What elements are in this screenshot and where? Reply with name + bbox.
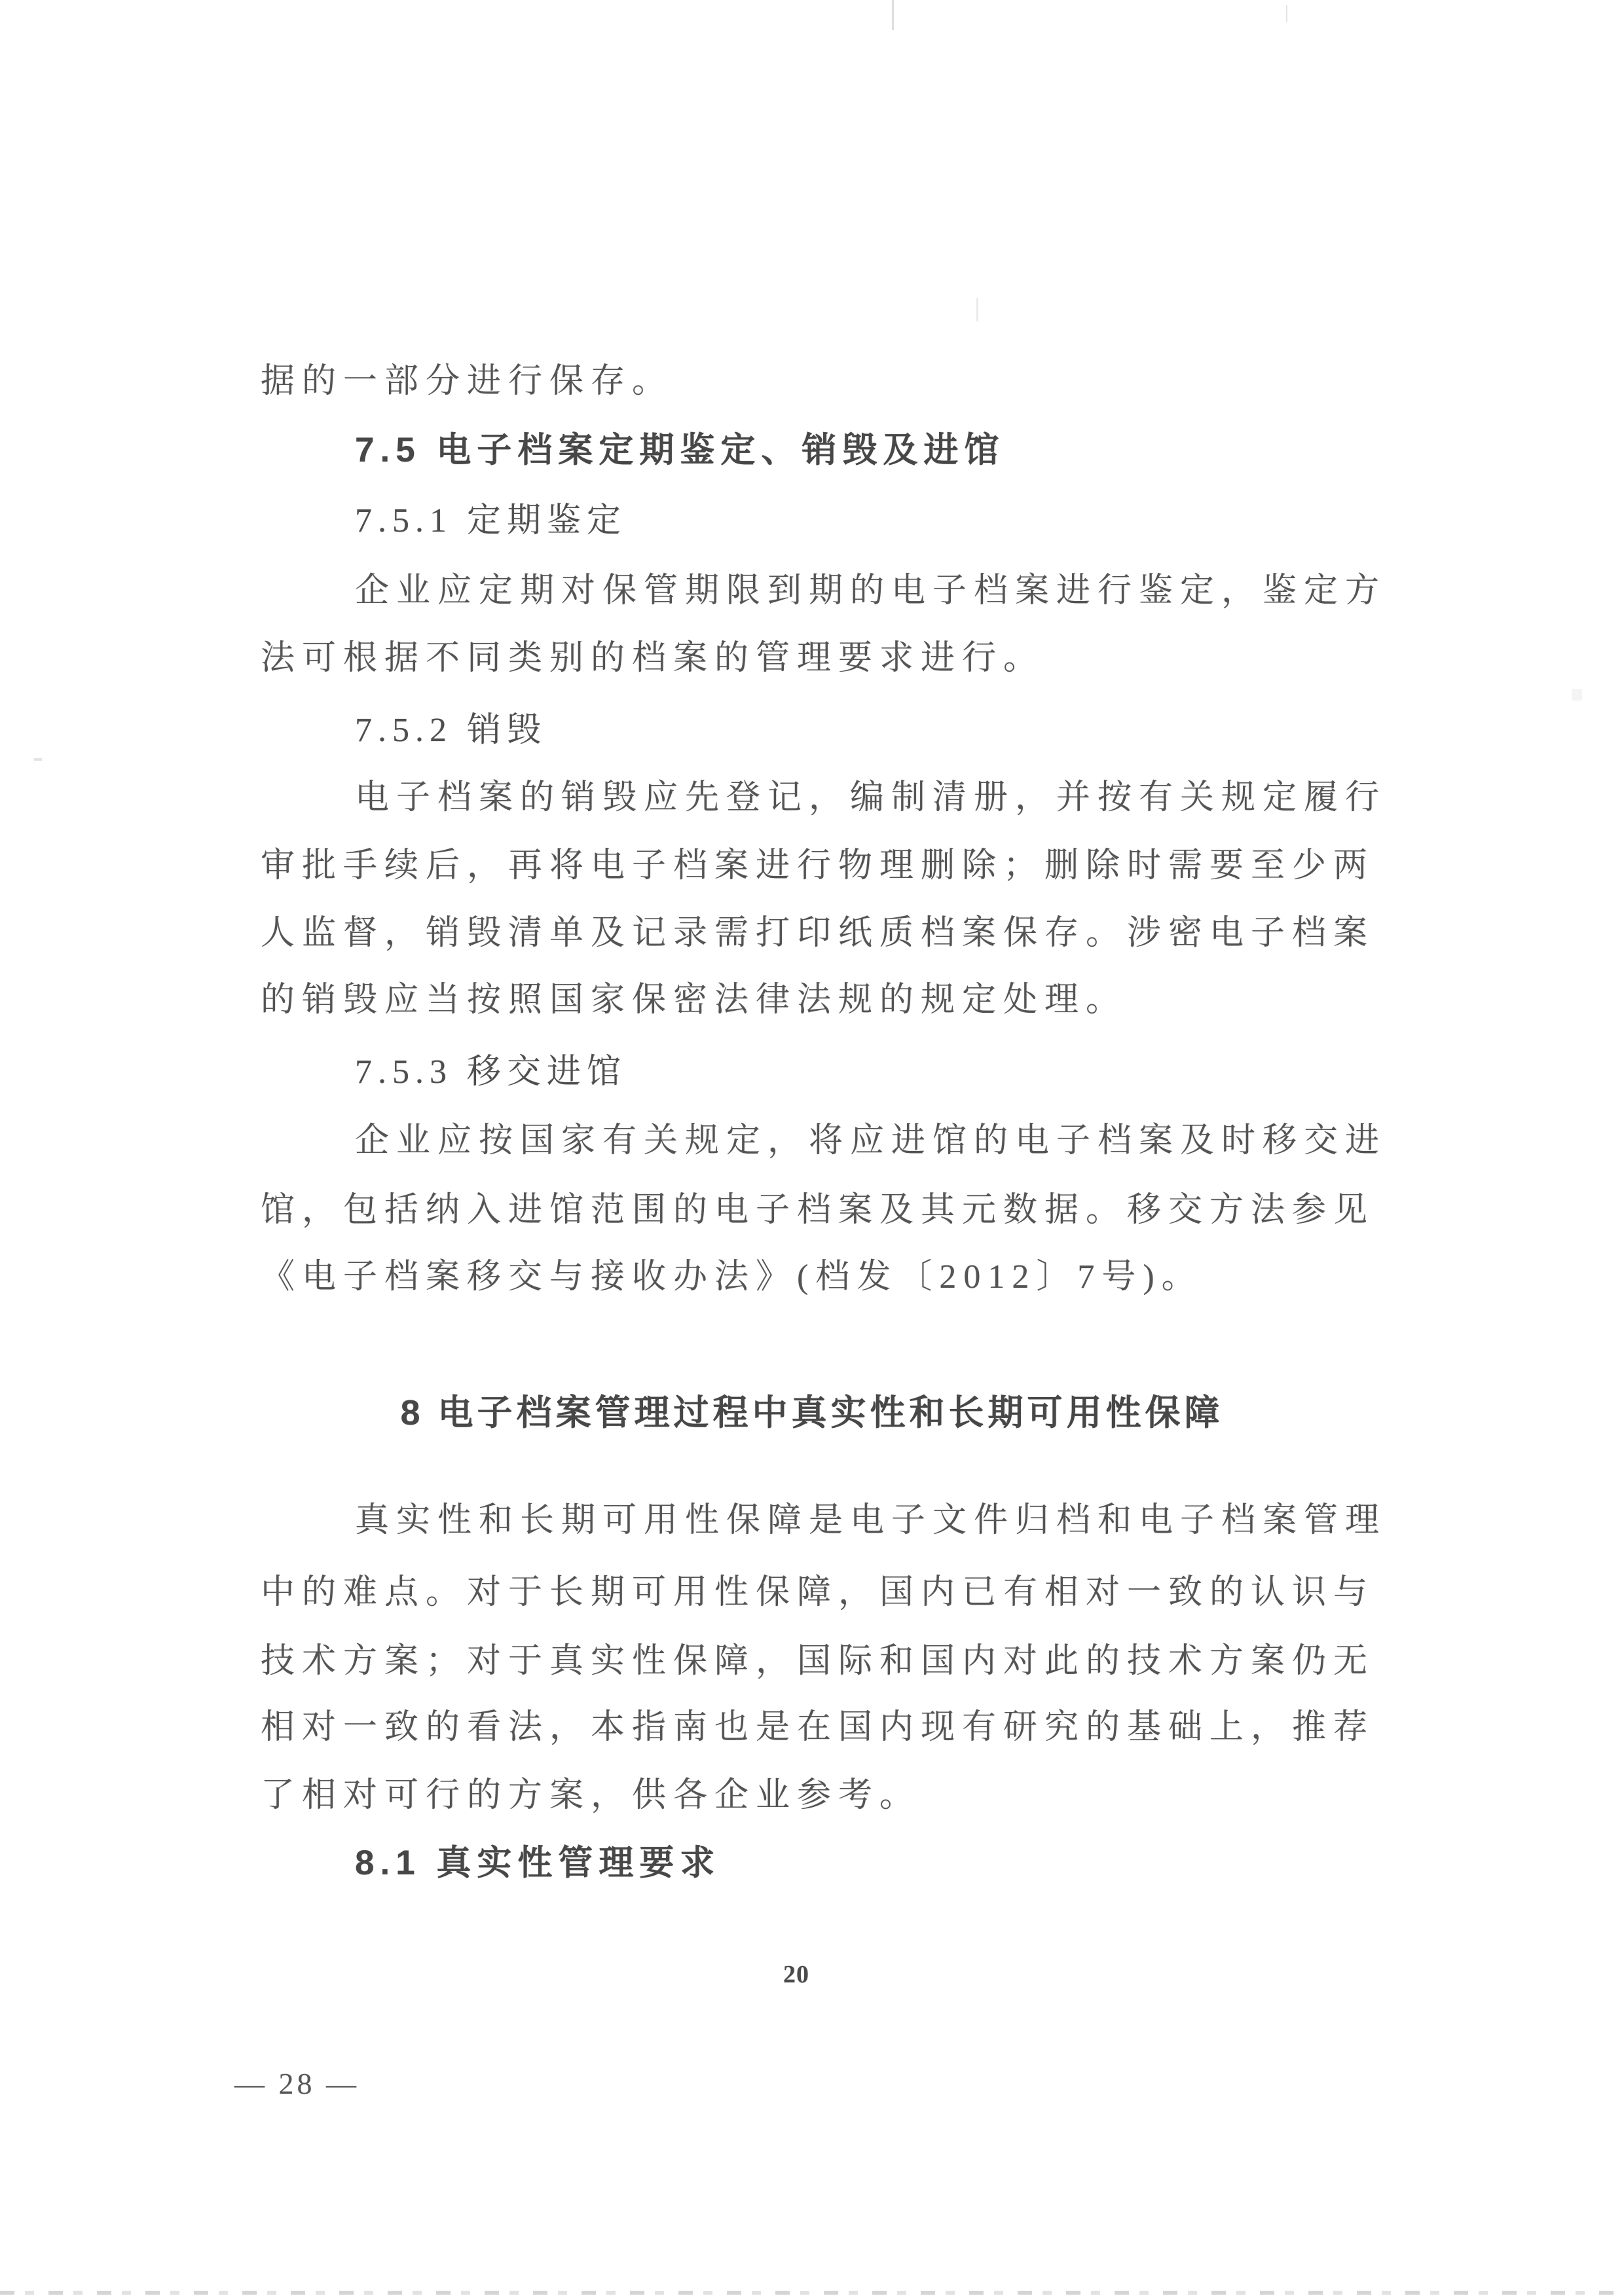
scan-artifact — [34, 758, 42, 761]
inner-page-number: 20 — [783, 1960, 809, 1989]
body-line: 相对一致的看法，本指南也是在国内现有研究的基础上，推荐 — [261, 1709, 1375, 1746]
body-line: 据的一部分进行保存。 — [261, 363, 673, 400]
body-line: 中的难点。对于长期可用性保障，国内已有相对一致的认识与 — [261, 1575, 1375, 1611]
body-line: 企业应定期对保管期限到期的电子档案进行鉴定，鉴定方 — [355, 573, 1386, 610]
body-line: 人监督，销毁清单及记录需打印纸质档案保存。涉密电子档案 — [261, 915, 1375, 952]
body-line: 的销毁应当按照国家保密法律法规的规定处理。 — [261, 982, 1127, 1019]
scanned-document-page: 据的一部分进行保存。 7.5 电子档案定期鉴定、销毁及进馆 7.5.1 定期鉴定… — [0, 0, 1624, 2296]
subsection-heading-7-5-2: 7.5.2 销毁 — [355, 712, 547, 749]
subsection-heading-7-5-1: 7.5.1 定期鉴定 — [355, 503, 627, 539]
body-line: 法可根据不同类别的档案的管理要求进行。 — [261, 640, 1044, 677]
body-line: 技术方案；对于真实性保障，国际和国内对此的技术方案仍无 — [261, 1643, 1375, 1680]
scan-artifact — [1572, 689, 1582, 701]
body-line: 审批手续后，再将电子档案进行物理删除；删除时需要至少两 — [261, 848, 1375, 884]
folio-page-number: — 28 — — [234, 2066, 360, 2101]
body-line: 馆，包括纳入进馆范围的电子档案及其元数据。移交方法参见 — [261, 1192, 1375, 1229]
body-line: 真实性和长期可用性保障是电子文件归档和电子档案管理 — [355, 1503, 1386, 1539]
chapter-heading-8: 8 电子档案管理过程中真实性和长期可用性保障 — [0, 1394, 1624, 1431]
scan-artifact — [976, 298, 978, 321]
body-line: 《电子档案移交与接收办法》(档发〔2012〕7号)。 — [261, 1259, 1203, 1296]
body-line: 企业应按国家有关规定，将应进馆的电子档案及时移交进 — [355, 1123, 1386, 1159]
body-line: 电子档案的销毁应先登记，编制清册，并按有关规定履行 — [355, 780, 1386, 816]
scan-artifact-bottom-edge — [0, 2291, 1624, 2295]
scan-artifact — [892, 0, 894, 30]
subsection-heading-7-5-3: 7.5.3 移交进馆 — [355, 1054, 627, 1091]
scan-artifact — [1286, 5, 1287, 22]
section-heading-8-1: 8.1 真实性管理要求 — [355, 1845, 720, 1882]
body-line: 了相对可行的方案，供各企业参考。 — [261, 1777, 921, 1814]
section-heading-7-5: 7.5 电子档案定期鉴定、销毁及进馆 — [355, 432, 1005, 469]
